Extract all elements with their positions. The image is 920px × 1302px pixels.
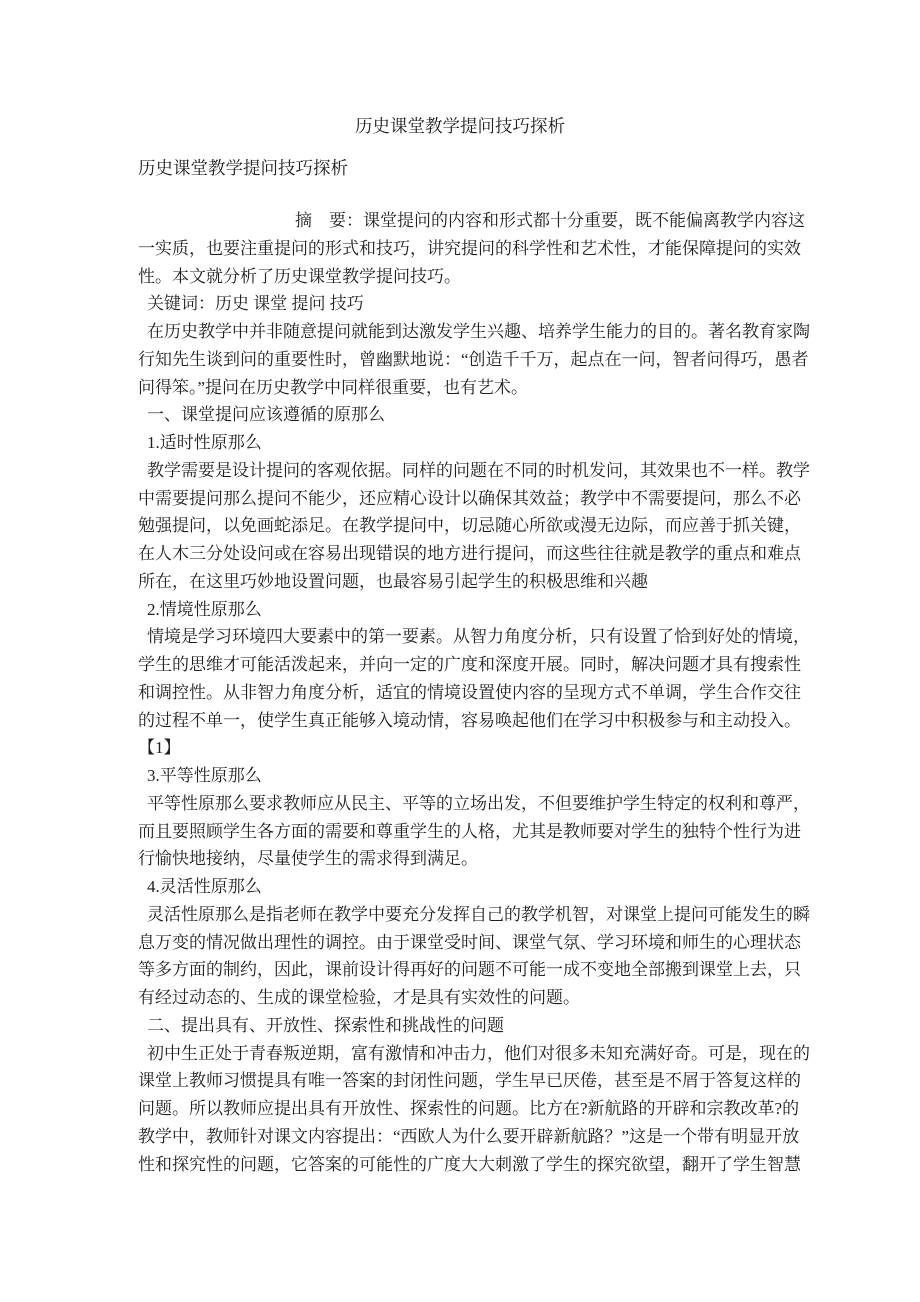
text-line: 教学需要是设计提问的客观依据。同样的问题在不同的时机发问，其效果也不一样。教学 — [138, 457, 818, 485]
text-line: 问得笨。”提问在历史教学中同样很重要，也有艺术。 — [138, 374, 818, 402]
text-line: 初中生正处于青春叛逆期，富有激情和冲击力，他们对很多未知充满好奇。可是，现在的 — [138, 1040, 818, 1068]
text-line: 所在，在这里巧妙地设置问题，也最容易引起学生的积极思维和兴趣 — [138, 568, 818, 596]
text-line: 息万变的情况做出理性的调控。由于课堂受时间、课堂气氛、学习环境和师生的心理状态 — [138, 929, 818, 957]
document-title-centered: 历史课堂教学提问技巧探析 — [0, 112, 920, 140]
text-line: 课堂上教师习惯提具有唯一答案的封闭性问题，学生早已厌倦，甚至是不屑于答复这样的 — [138, 1067, 818, 1095]
document-body: 摘 要：课堂提问的内容和形式都十分重要，既不能偏离教学内容这一实质，也要注重提问… — [138, 207, 818, 1178]
text-line: 在人木三分处设问或在容易出现错误的地方进行提问，而这些往往就是教学的重点和难点 — [138, 540, 818, 568]
text-line: 摘 要：课堂提问的内容和形式都十分重要，既不能偏离教学内容这 — [138, 207, 818, 235]
text-line: 2.情境性原那么 — [138, 596, 818, 624]
text-line: 和调控性。从非智力角度分析，适宜的情境设置使内容的呈现方式不单调，学生合作交往 — [138, 679, 818, 707]
document-title-left: 历史课堂教学提问技巧探析 — [138, 154, 348, 182]
text-line: 1.适时性原那么 — [138, 429, 818, 457]
text-line: 性和探究性的问题，它答案的可能性的广度大大刺激了学生的探究欲望，翻开了学生智慧 — [138, 1151, 818, 1179]
text-line: 4.灵活性原那么 — [138, 873, 818, 901]
text-line: 教学中，教师针对课文内容提出：“西欧人为什么要开辟新航路？”这是一个带有明显开放 — [138, 1123, 818, 1151]
text-line: 问题。所以教师应提出具有开放性、探索性的问题。比方在?新航路的开辟和宗教改革?的 — [138, 1095, 818, 1123]
text-line: 行知先生谈到问的重要性时，曾幽默地说：“创造千千万，起点在一问，智者问得巧，愚者 — [138, 346, 818, 374]
text-line: 在历史教学中并非随意提问就能到达激发学生兴趣、培养学生能力的目的。著名教育家陶 — [138, 318, 818, 346]
text-line: 3.平等性原那么 — [138, 762, 818, 790]
text-line: 有经过动态的、生成的课堂检验，才是具有实效性的问题。 — [138, 984, 818, 1012]
text-line: 学生的思维才可能活泼起来，并向一定的广度和深度开展。同时，解决问题才具有搜索性 — [138, 651, 818, 679]
text-line: 【1】 — [138, 734, 818, 762]
text-line: 一实质，也要注重提问的形式和技巧，讲究提问的科学性和艺术性，才能保障提问的实效 — [138, 235, 818, 263]
text-line: 二、提出具有、开放性、探索性和挑战性的问题 — [138, 1012, 818, 1040]
text-line: 等多方面的制约，因此，课前设计得再好的问题不可能一成不变地全部搬到课堂上去，只 — [138, 956, 818, 984]
text-line: 的过程不单一，使学生真正能够入境动情，容易唤起他们在学习中积极参与和主动投入。 — [138, 707, 818, 735]
text-line: 平等性原那么要求教师应从民主、平等的立场出发，不但要维护学生特定的权利和尊严， — [138, 790, 818, 818]
text-line: 情境是学习环境四大要素中的第一要素。从智力角度分析，只有设置了恰到好处的情境， — [138, 623, 818, 651]
text-line: 中需要提问那么提问不能少，还应精心设计以确保其效益；教学中不需要提问，那么不必 — [138, 485, 818, 513]
text-line: 行愉快地接纳，尽量使学生的需求得到满足。 — [138, 845, 818, 873]
text-line: 关键词：历史 课堂 提问 技巧 — [138, 290, 818, 318]
text-line: 灵活性原那么是指老师在教学中要充分发挥自己的教学机智，对课堂上提问可能发生的瞬 — [138, 901, 818, 929]
text-line: 而且要照顾学生各方面的需要和尊重学生的人格，尤其是教师要对学生的独特个性行为进 — [138, 818, 818, 846]
text-line: 一、课堂提问应该遵循的原那么 — [138, 401, 818, 429]
text-line: 性。本文就分析了历史课堂教学提问技巧。 — [138, 263, 818, 291]
text-line: 勉强提问，以免画蛇添足。在教学提问中，切忌随心所欲或漫无边际，而应善于抓关键， — [138, 512, 818, 540]
